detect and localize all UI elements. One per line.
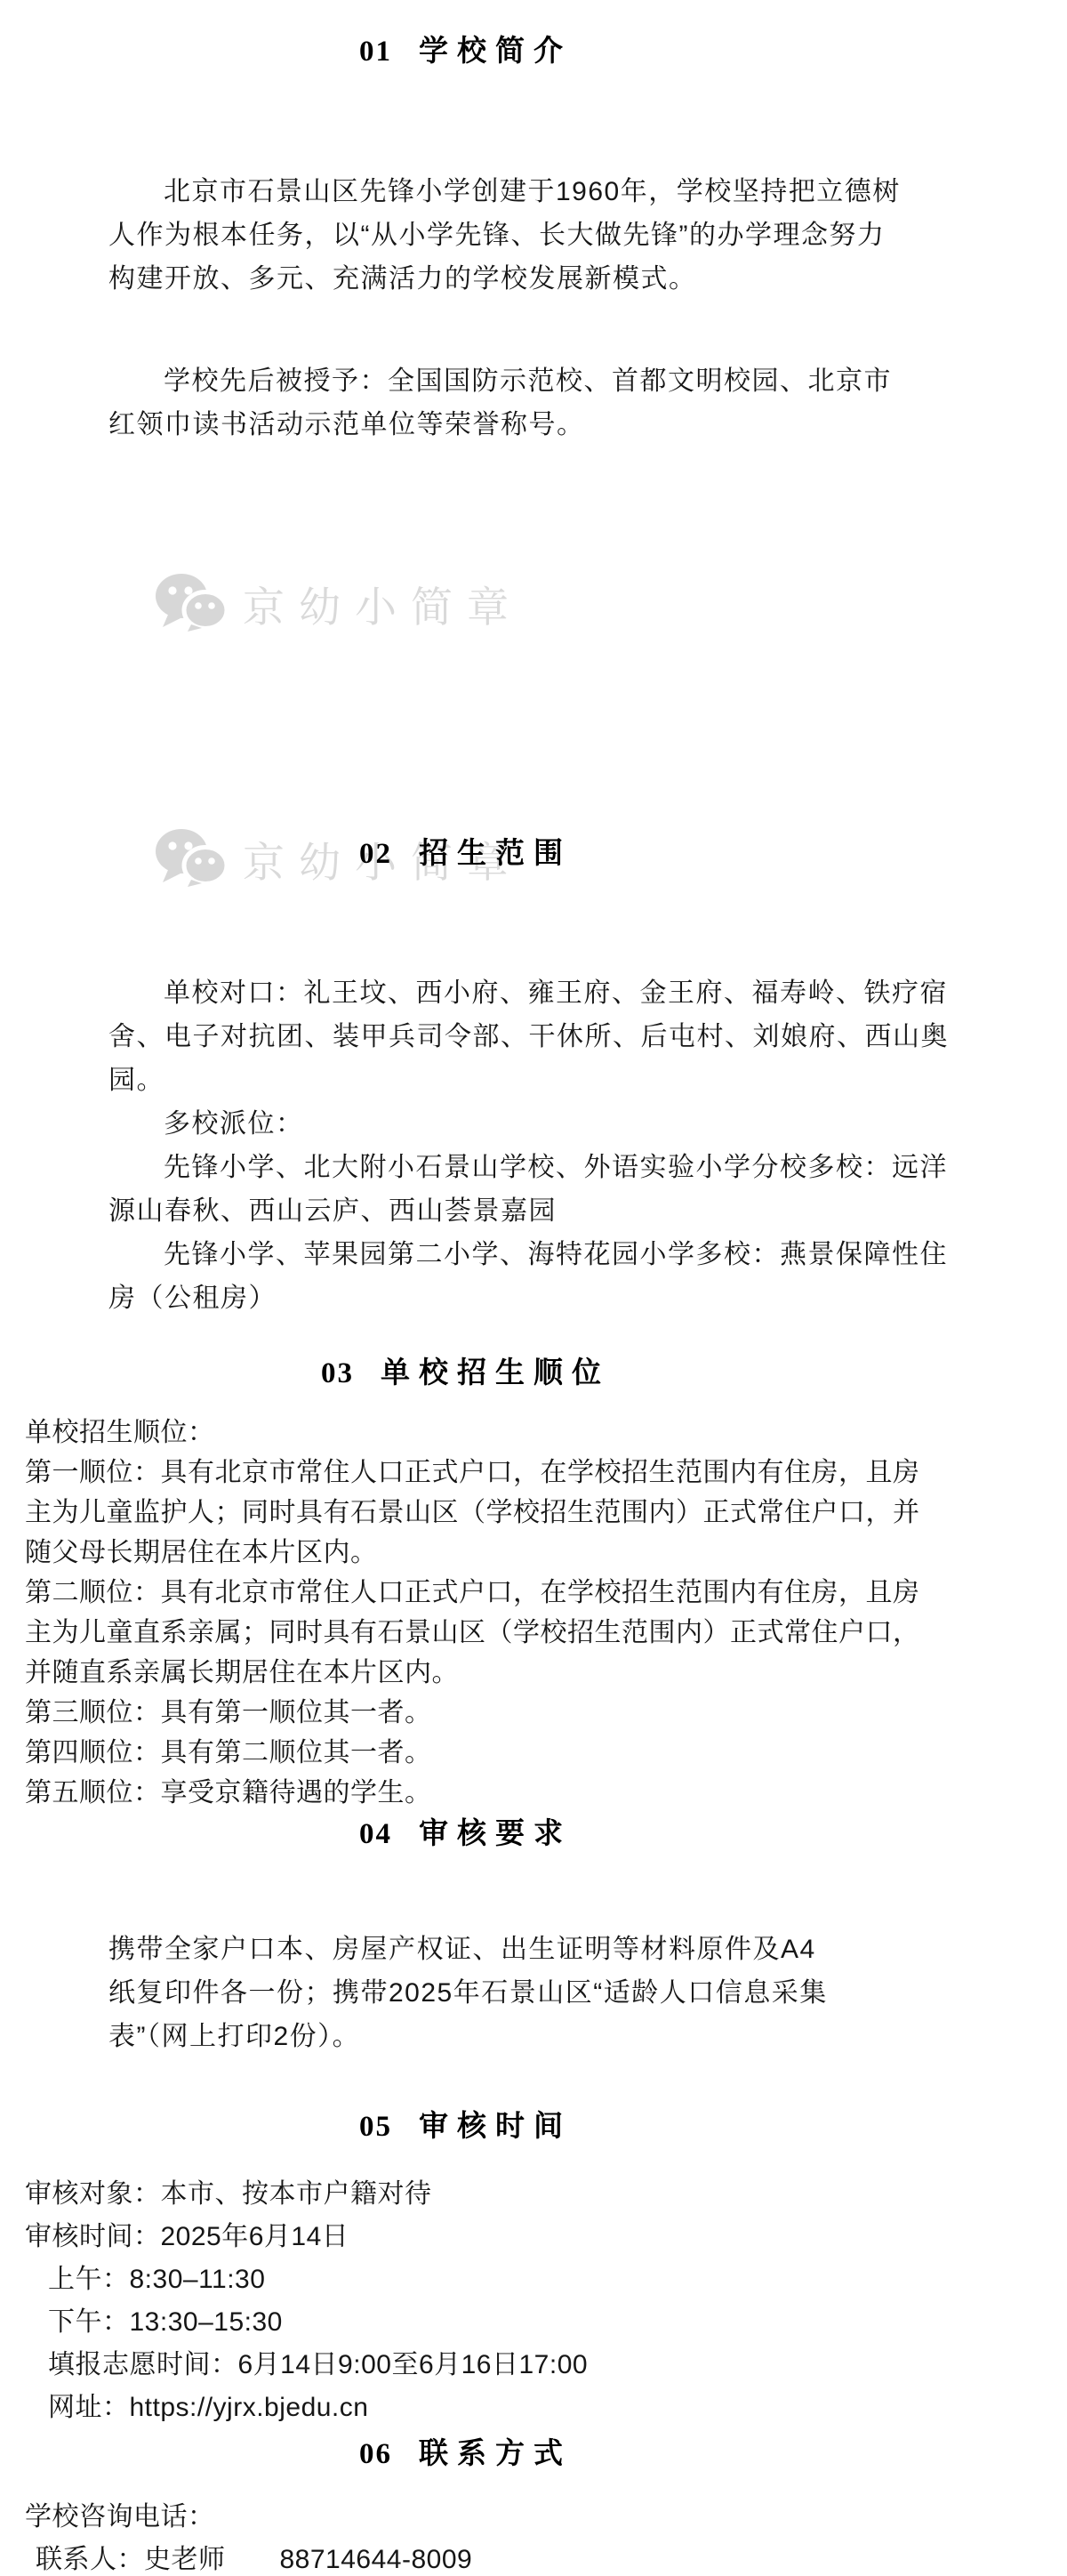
text-line: 构建开放、多元、充满活力的学校发展新模式。 <box>0 257 1067 301</box>
section-title-text: 单校招生顺位 <box>381 1356 610 1389</box>
section-priority-order: 03单校招生顺位 单校招生顺位：第一顺位：具有北京市常住人口正式户口，在学校招生… <box>0 1356 1067 1813</box>
section-enrollment-scope: 02招生范围 单校对口：礼王坟、西小府、雍王府、金王府、福寿岭、铁疗宿舍、电子对… <box>0 837 1067 1320</box>
section-title: 02招生范围 <box>0 837 931 870</box>
section-title: 06联系方式 <box>0 2437 931 2470</box>
text-line: 携带全家户口本、房屋产权证、出生证明等材料原件及A4 <box>0 1928 1067 1971</box>
section-title: 05审核时间 <box>0 2110 931 2143</box>
text-line: 主为儿童监护人；同时具有石景山区（学校招生范围内）正式常住户口，并 <box>0 1493 1067 1533</box>
section-body: 北京市石景山区先锋小学创建于1960年，学校坚持把立德树人作为根本任务，以“从小… <box>0 170 1067 447</box>
section-number: 05 <box>359 2111 392 2143</box>
section-number: 02 <box>359 838 392 870</box>
text-line: 下午：13:30–15:30 <box>0 2301 1067 2344</box>
text-line: 北京市石景山区先锋小学创建于1960年，学校坚持把立德树 <box>0 170 1067 213</box>
wechat-icon <box>154 573 229 636</box>
watermark: 京幼小简章 <box>154 573 523 636</box>
section-number: 01 <box>359 36 392 68</box>
section-contact: 06联系方式 学校咨询电话：联系人：史老师 88714644-8009 <box>0 2437 1067 2576</box>
text-line: 单校对口：礼王坟、西小府、雍王府、金王府、福寿岭、铁疗宿 <box>0 971 1067 1015</box>
text-line: 人作为根本任务，以“从小学先锋、长大做先锋”的办学理念努力 <box>0 213 1067 257</box>
section-number: 03 <box>321 1357 354 1389</box>
text-line: 上午：8:30–11:30 <box>0 2258 1067 2301</box>
section-body: 单校招生顺位：第一顺位：具有北京市常住人口正式户口，在学校招生范围内有住房，且房… <box>0 1413 1067 1813</box>
document-page: 京幼小简章 京幼小简章 01学校简介 北京市石景山区先锋小学创建于1960年 <box>0 0 1067 2576</box>
text-line: 单校招生顺位： <box>0 1413 1067 1453</box>
section-body: 审核对象：本市、按本市户籍对待审核时间：2025年6月14日上午：8:30–11… <box>0 2173 1067 2429</box>
section-number: 04 <box>359 1818 392 1850</box>
text-line: 网址：https://yjrx.bjedu.cn <box>0 2387 1067 2429</box>
section-review-requirements: 04审核要求 携带全家户口本、房屋产权证、出生证明等材料原件及A4纸复印件各一份… <box>0 1817 1067 2058</box>
text-line: 联系人：史老师 88714644-8009 <box>0 2539 1067 2576</box>
text-line: 先锋小学、北大附小石景山学校、外语实验小学分校多校：远洋 <box>0 1146 1067 1189</box>
text-line: 主为儿童直系亲属；同时具有石景山区（学校招生范围内）正式常住户口， <box>0 1613 1067 1653</box>
section-body: 携带全家户口本、房屋产权证、出生证明等材料原件及A4纸复印件各一份；携带2025… <box>0 1928 1067 2058</box>
text-line: 审核时间：2025年6月14日 <box>0 2216 1067 2258</box>
section-title-text: 招生范围 <box>419 836 572 869</box>
section-body: 单校对口：礼王坟、西小府、雍王府、金王府、福寿岭、铁疗宿舍、电子对抗团、装甲兵司… <box>0 971 1067 1320</box>
section-title-text: 学校简介 <box>419 34 572 67</box>
text-line: 红领巾读书活动示范单位等荣誉称号。 <box>0 403 1067 447</box>
text-line: 第四顺位：具有第二顺位其一者。 <box>0 1733 1067 1773</box>
section-title-text: 审核时间 <box>419 2109 572 2142</box>
section-title-text: 审核要求 <box>419 1816 572 1849</box>
section-review-time: 05审核时间 审核对象：本市、按本市户籍对待审核时间：2025年6月14日上午：… <box>0 2110 1067 2429</box>
text-line: 第二顺位：具有北京市常住人口正式户口，在学校招生范围内有住房，且房 <box>0 1573 1067 1613</box>
text-line: 舍、电子对抗团、装甲兵司令部、干休所、后屯村、刘娘府、西山奥 <box>0 1015 1067 1059</box>
text-line: 填报志愿时间：6月14日9:00至6月16日17:00 <box>0 2344 1067 2387</box>
text-line: 并随直系亲属长期居住在本片区内。 <box>0 1653 1067 1693</box>
watermark-text: 京幼小简章 <box>243 575 523 634</box>
text-line: 第五顺位：享受京籍待遇的学生。 <box>0 1773 1067 1813</box>
section-title-text: 联系方式 <box>419 2436 572 2469</box>
text-line: 审核对象：本市、按本市户籍对待 <box>0 2173 1067 2216</box>
text-line: 表”（网上打印2份）。 <box>0 2015 1067 2058</box>
text-line: 纸复印件各一份；携带2025年石景山区“适龄人口信息采集 <box>0 1971 1067 2015</box>
text-line: 第三顺位：具有第一顺位其一者。 <box>0 1693 1067 1733</box>
text-line: 多校派位： <box>0 1102 1067 1146</box>
text-line: 源山春秋、西山云庐、西山荟景嘉园 <box>0 1189 1067 1233</box>
section-title: 03单校招生顺位 <box>0 1356 931 1389</box>
text-line: 先锋小学、苹果园第二小学、海特花园小学多校：燕景保障性住 <box>0 1233 1067 1276</box>
section-school-intro: 01学校简介 北京市石景山区先锋小学创建于1960年，学校坚持把立德树人作为根本… <box>0 35 1067 447</box>
section-title: 04审核要求 <box>0 1817 931 1850</box>
section-number: 06 <box>359 2438 392 2470</box>
text-line: 房（公租房） <box>0 1276 1067 1320</box>
text-line: 园。 <box>0 1059 1067 1102</box>
text-line: 学校咨询电话： <box>0 2496 1067 2539</box>
section-body: 学校咨询电话：联系人：史老师 88714644-8009 <box>0 2496 1067 2576</box>
text-line: 第一顺位：具有北京市常住人口正式户口，在学校招生范围内有住房，且房 <box>0 1453 1067 1493</box>
text-line: 学校先后被授予：全国国防示范校、首都文明校园、北京市 <box>0 359 1067 403</box>
section-title: 01学校简介 <box>0 35 931 68</box>
text-line: 随父母长期居住在本片区内。 <box>0 1533 1067 1573</box>
